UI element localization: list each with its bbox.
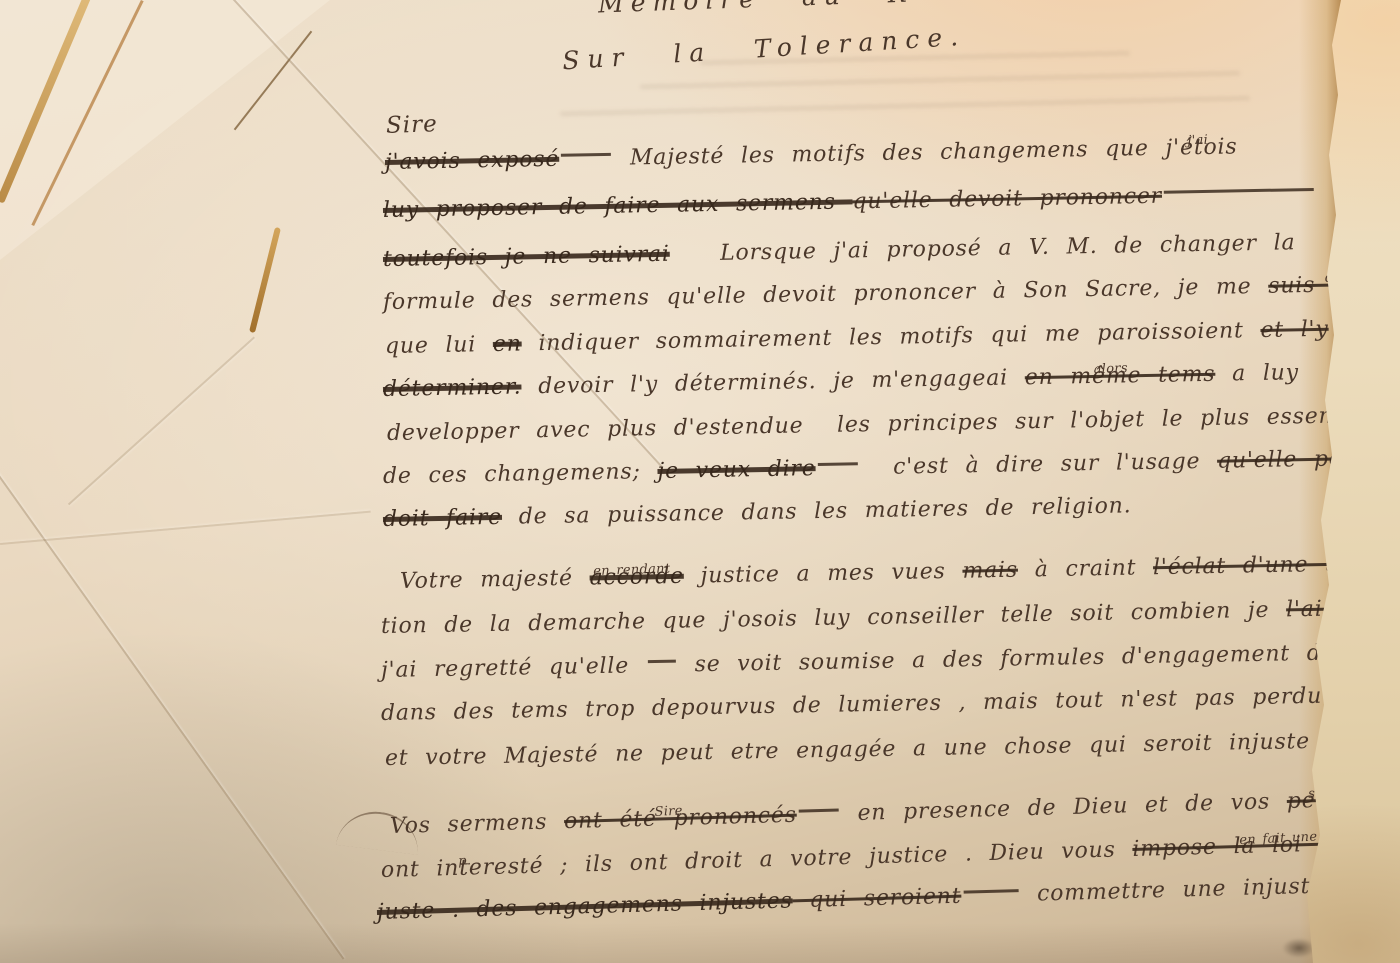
photo-vignette [0,923,1345,963]
manuscript-line: tion de la demarche que j'osois luy cons… [381,597,1400,638]
text-segment: commettre une injustice pour [1020,873,1400,906]
strike-mark [963,889,1018,894]
struck-text: qu'elle peut et [1217,447,1400,472]
strike-mark [817,462,857,466]
manuscript-line: dans des tems trop depourvus de lumieres… [381,685,1347,725]
insertion-above: sujets [1308,786,1349,801]
struck-text: j'avois exposé [385,149,560,174]
text-segment: , vos [1379,786,1400,811]
text-segment: de ces changemens; [383,461,658,488]
manuscript-line: toutefois je ne suivrai Lorsque j'ai pro… [383,232,1296,271]
manuscript-line: j'ai regretté qu'elle se voit soumise a … [381,641,1400,682]
text-segment: c'est à dire sur l'usage [859,451,1217,480]
text-segment: developper avec plus d'estendue les prin… [387,405,1373,445]
struck-text: accordeen rendant [589,566,684,590]
manuscript-line: juste . des engagemens injustes qui sero… [377,873,1400,924]
manuscript-line: de ces changemens; je veux dire c'est à … [383,447,1400,488]
manuscript-photo: Mémoire au R Sur la Tolerance. Sire j'av… [0,0,1400,963]
struck-text: je veux dire [657,458,815,483]
strike-mark [1164,187,1314,193]
text-segment: Majesté les motifs des changemens que [613,138,1166,170]
manuscript-line: et votre Majesté ne peut etre engagée a … [385,731,1335,770]
salutation: Sire [386,111,439,139]
struck-text: mais [962,560,1018,583]
struck-text: suis promisdû [1268,273,1400,298]
strike-mark [799,808,839,812]
struck-text: déterminer. [383,376,522,401]
title-line-2: Sur la Tolerance. [561,22,966,76]
text-segment: dans des tems trop depourvus de lumieres… [381,685,1347,725]
strike-mark [561,152,611,156]
insertion-above: dû [1325,271,1343,285]
text-segment: justice a mes vues [684,561,963,588]
manuscript-line: déterminer. devoir l'y déterminés. je m'… [383,362,1299,401]
text-segment: tion de la demarche que j'osois luy cons… [381,599,1287,638]
manuscript-line: formule des sermens qu'elle devoit prono… [383,273,1400,314]
struck-text: en même temsalors [1025,364,1216,389]
insertion-above: alors [1093,362,1128,376]
insertion-above: en rendant [593,562,671,578]
struck-text: luy proposer de faire aux sermens [383,191,853,222]
struck-text: peuplessujets [1287,788,1380,813]
text-segment: formule des sermens qu'elle devoit prono… [383,276,1269,314]
text-segment: que lui [385,334,493,358]
struck-text: doit faire [383,507,502,531]
manuscript-line: Vos sermens ont été prononcésSire en pre… [390,783,1400,838]
text-segment: j'ai regretté qu'elle [381,655,646,682]
text-segment: se voit soumise a des formules d'engagem… [678,641,1400,676]
insertion-above: p. [458,854,472,868]
text-segment: Lorsque j'ai proposé a V. M. de changer … [670,232,1296,265]
struck-text: ont été prononcésSire [564,805,797,833]
text-segment: et votre Majesté ne peut etre engagée a … [385,731,1335,770]
text-segment: a luy [1215,362,1299,386]
strike-mark [648,659,676,663]
struck-text: qu'elle devoit prononcer [852,186,1162,214]
text-segment: indiquer sommairement les motifs qui me … [521,320,1260,356]
manuscript-line: developper avec plus d'estendue les prin… [387,405,1373,445]
insertion-above: en fait une loi je [1239,828,1360,846]
struck-text: en [493,333,522,356]
struck-text: l'ai regretté [1286,597,1400,622]
struck-text: et l'y [1260,319,1329,342]
text-segment: devoir l'y déterminés. je m'engageai [521,367,1025,398]
manuscript-line: doit faire de sa puissance dans les mati… [383,495,1132,531]
manuscript-line: que lui en indiquer sommairement les mot… [385,319,1329,358]
text-segment: à craint [1018,557,1153,581]
manuscript-line: ont interesté ;p. ils ont droit a votre … [381,829,1400,882]
manuscript-line: Votre majesté accordeen rendant justice … [400,551,1400,593]
manuscript-page: Mémoire au R Sur la Tolerance. Sire j'av… [0,0,1345,963]
text-segment: Vos sermens [390,811,565,838]
insertion-above: j'ai [1187,133,1208,147]
text-segment: ils ont droit a votre justice . Dieu vou… [568,839,1133,877]
manuscript-line: luy proposer de faire aux sermens qu'ell… [383,183,1316,222]
text-segment: de sa puissance dans les matieres de rel… [502,495,1132,529]
text-segment: ont interesté ;p. [381,855,569,882]
struck-text: toutefois je ne suivrai [383,244,670,271]
text-layer: Mémoire au R Sur la Tolerance. Sire j'av… [0,0,1345,963]
struck-text: juste . des engagemens injustes [377,890,793,924]
text-segment: j'étoisj'ai [1165,136,1237,159]
text-segment: Votre majesté [400,568,590,593]
title-line-1: Mémoire au R [598,0,914,18]
struck-text: l'éclat d'une telle innova [1153,551,1400,579]
struck-text: qui seroient [792,886,961,913]
text-segment: en presence de Dieu et de vos [840,791,1287,825]
insertion-above: Sire [654,804,683,818]
struck-text: impose la loi d'etre toujoursen fait une… [1132,829,1400,861]
manuscript-line: j'avois exposé Majesté les motifs des ch… [385,136,1238,174]
